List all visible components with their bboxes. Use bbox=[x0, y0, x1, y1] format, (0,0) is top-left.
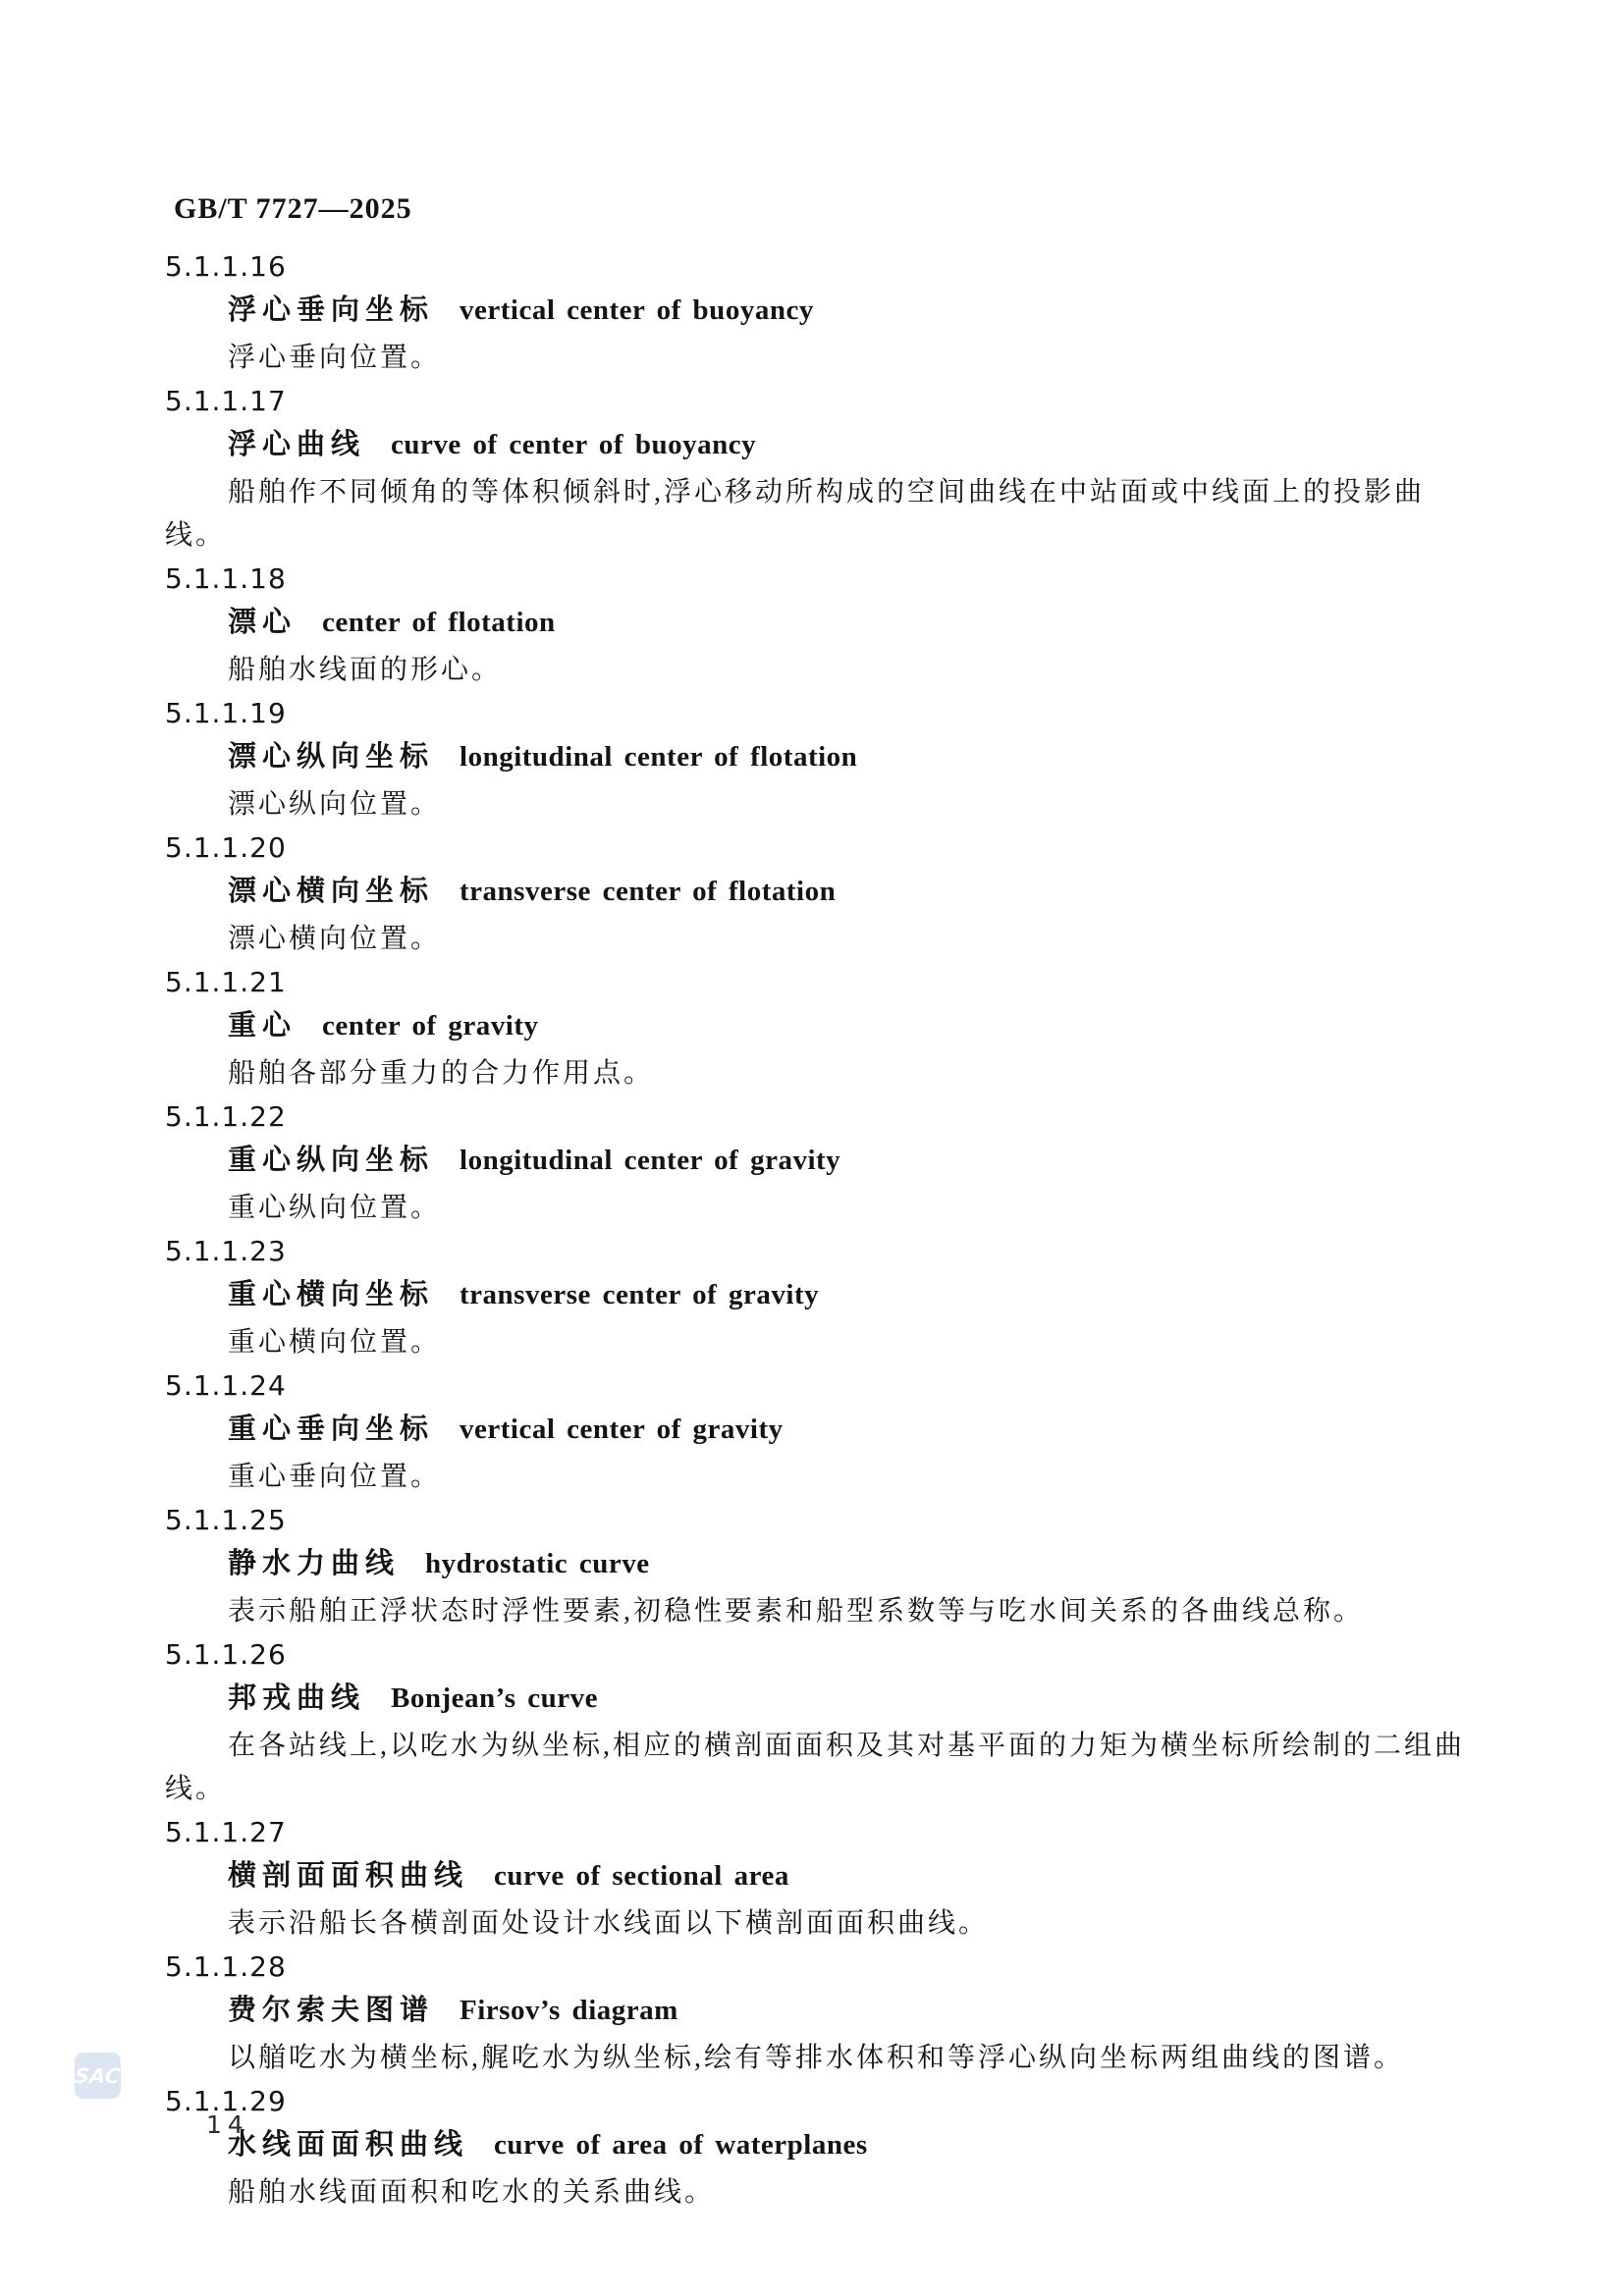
entry-term-chinese: 重心垂向坐标 bbox=[228, 1414, 434, 1445]
entry-definition: 表示船舶正浮状态时浮性要素,初稳性要素和船型系数等与吃水间关系的各曲线总称。 bbox=[165, 1590, 1473, 1633]
entry-definition: 漂心纵向位置。 bbox=[165, 783, 1473, 827]
page-number: 14 bbox=[206, 2110, 249, 2139]
entry-term-english: center of gravity bbox=[322, 1010, 539, 1041]
entry-number: 5.1.1.29 bbox=[165, 2080, 1473, 2123]
entry-number: 5.1.1.17 bbox=[165, 380, 1473, 423]
entry-term-line: 漂心横向坐标transverse center of flotation bbox=[228, 870, 1473, 918]
terminology-entry: 5.1.1.24 重心垂向坐标vertical center of gravit… bbox=[165, 1364, 1473, 1499]
entry-term-line: 浮心曲线curve of center of buoyancy bbox=[228, 423, 1473, 471]
terminology-entry: 5.1.1.26 邦戎曲线Bonjean’s curve 在各站线上,以吃水为纵… bbox=[165, 1633, 1473, 1811]
entry-definition: 船舶水线面的形心。 bbox=[165, 649, 1473, 692]
entry-term-chinese: 漂心 bbox=[228, 607, 297, 638]
entry-definition: 漂心横向位置。 bbox=[165, 918, 1473, 961]
entry-term-chinese: 水线面面积曲线 bbox=[228, 2129, 468, 2161]
terminology-entry: 5.1.1.29 水线面面积曲线curve of area of waterpl… bbox=[165, 2080, 1473, 2215]
entry-number: 5.1.1.19 bbox=[165, 692, 1473, 735]
entry-term-chinese: 浮心垂向坐标 bbox=[228, 294, 434, 326]
entry-term-line: 邦戎曲线Bonjean’s curve bbox=[228, 1677, 1473, 1725]
entry-term-english: curve of center of buoyancy bbox=[391, 429, 756, 460]
entry-definition: 重心横向位置。 bbox=[165, 1321, 1473, 1364]
entry-term-line: 重心垂向坐标vertical center of gravity bbox=[228, 1408, 1473, 1456]
entry-definition: 重心纵向位置。 bbox=[165, 1187, 1473, 1230]
standard-code-header: GB/T 7727—2025 bbox=[174, 192, 412, 226]
entry-term-chinese: 浮心曲线 bbox=[228, 429, 365, 460]
entry-term-chinese: 重心 bbox=[228, 1010, 297, 1041]
entry-term-english: vertical center of gravity bbox=[460, 1414, 784, 1445]
entry-term-chinese: 费尔索夫图谱 bbox=[228, 1995, 434, 2026]
terminology-entry: 5.1.1.17 浮心曲线curve of center of buoyancy… bbox=[165, 380, 1473, 558]
entry-term-chinese: 横剖面面积曲线 bbox=[228, 1860, 468, 1892]
entry-definition: 船舶作不同倾角的等体积倾斜时,浮心移动所构成的空间曲线在中站面或中线面上的投影曲… bbox=[165, 471, 1473, 558]
terminology-entry: 5.1.1.18 漂心center of flotation 船舶水线面的形心。 bbox=[165, 558, 1473, 692]
entry-definition: 表示沿船长各横剖面处设计水线面以下横剖面面积曲线。 bbox=[165, 1902, 1473, 1946]
entry-term-english: center of flotation bbox=[322, 607, 556, 638]
entry-term-chinese: 漂心横向坐标 bbox=[228, 876, 434, 907]
entry-definition: 在各站线上,以吃水为纵坐标,相应的横剖面面积及其对基平面的力矩为横坐标所绘制的二… bbox=[165, 1725, 1473, 1811]
entry-number: 5.1.1.26 bbox=[165, 1633, 1473, 1677]
entry-term-line: 重心center of gravity bbox=[228, 1004, 1473, 1052]
entry-number: 5.1.1.27 bbox=[165, 1811, 1473, 1854]
entry-term-line: 水线面面积曲线curve of area of waterplanes bbox=[228, 2123, 1473, 2171]
entry-term-line: 漂心center of flotation bbox=[228, 601, 1473, 649]
entry-number: 5.1.1.21 bbox=[165, 961, 1473, 1004]
entry-number: 5.1.1.24 bbox=[165, 1364, 1473, 1408]
entry-number: 5.1.1.16 bbox=[165, 245, 1473, 289]
entry-term-english: curve of area of waterplanes bbox=[494, 2129, 868, 2161]
entry-number: 5.1.1.20 bbox=[165, 827, 1473, 870]
entry-term-chinese: 重心横向坐标 bbox=[228, 1279, 434, 1310]
entry-term-line: 静水力曲线hydrostatic curve bbox=[228, 1542, 1473, 1590]
sac-watermark-badge: SAC bbox=[75, 2053, 121, 2099]
terminology-entry: 5.1.1.22 重心纵向坐标longitudinal center of gr… bbox=[165, 1095, 1473, 1230]
entry-term-chinese: 漂心纵向坐标 bbox=[228, 741, 434, 773]
entry-definition: 以艏吃水为横坐标,艉吃水为纵坐标,绘有等排水体积和等浮心纵向坐标两组曲线的图谱。 bbox=[165, 2037, 1473, 2080]
entry-term-chinese: 静水力曲线 bbox=[228, 1548, 400, 1579]
entry-term-english: curve of sectional area bbox=[494, 1860, 789, 1892]
entry-number: 5.1.1.22 bbox=[165, 1095, 1473, 1139]
standard-document-page: GB/T 7727—2025 5.1.1.16 浮心垂向坐标vertical c… bbox=[0, 0, 1624, 2296]
entry-number: 5.1.1.25 bbox=[165, 1499, 1473, 1542]
entry-number: 5.1.1.18 bbox=[165, 558, 1473, 601]
terminology-entry: 5.1.1.16 浮心垂向坐标vertical center of buoyan… bbox=[165, 245, 1473, 380]
terminology-entry: 5.1.1.28 费尔索夫图谱Firsov’s diagram 以艏吃水为横坐标… bbox=[165, 1946, 1473, 2080]
terminology-entry: 5.1.1.19 漂心纵向坐标longitudinal center of fl… bbox=[165, 692, 1473, 827]
entry-definition: 船舶各部分重力的合力作用点。 bbox=[165, 1052, 1473, 1095]
entry-term-english: Firsov’s diagram bbox=[460, 1995, 678, 2026]
entry-term-english: transverse center of gravity bbox=[460, 1279, 819, 1310]
entry-term-english: transverse center of flotation bbox=[460, 876, 836, 907]
terminology-entry: 5.1.1.20 漂心横向坐标transverse center of flot… bbox=[165, 827, 1473, 961]
entry-term-english: longitudinal center of flotation bbox=[460, 741, 857, 773]
entry-term-line: 漂心纵向坐标longitudinal center of flotation bbox=[228, 735, 1473, 783]
terminology-entry: 5.1.1.23 重心横向坐标transverse center of grav… bbox=[165, 1230, 1473, 1364]
entry-number: 5.1.1.23 bbox=[165, 1230, 1473, 1273]
terminology-entry: 5.1.1.27 横剖面面积曲线curve of sectional area … bbox=[165, 1811, 1473, 1946]
entry-term-line: 横剖面面积曲线curve of sectional area bbox=[228, 1854, 1473, 1902]
terminology-entry: 5.1.1.21 重心center of gravity 船舶各部分重力的合力作… bbox=[165, 961, 1473, 1095]
terminology-entry: 5.1.1.25 静水力曲线hydrostatic curve 表示船舶正浮状态… bbox=[165, 1499, 1473, 1633]
entry-term-line: 浮心垂向坐标vertical center of buoyancy bbox=[228, 289, 1473, 337]
entry-definition: 浮心垂向位置。 bbox=[165, 337, 1473, 380]
terminology-list: 5.1.1.16 浮心垂向坐标vertical center of buoyan… bbox=[165, 245, 1473, 2215]
sac-watermark-label: SAC bbox=[74, 2064, 122, 2088]
entry-term-line: 重心纵向坐标longitudinal center of gravity bbox=[228, 1139, 1473, 1187]
entry-term-english: longitudinal center of gravity bbox=[460, 1145, 840, 1176]
entry-term-line: 费尔索夫图谱Firsov’s diagram bbox=[228, 1989, 1473, 2037]
entry-term-chinese: 邦戎曲线 bbox=[228, 1682, 365, 1714]
entry-term-chinese: 重心纵向坐标 bbox=[228, 1145, 434, 1176]
entry-number: 5.1.1.28 bbox=[165, 1946, 1473, 1989]
entry-definition: 船舶水线面面积和吃水的关系曲线。 bbox=[165, 2171, 1473, 2215]
entry-term-english: hydrostatic curve bbox=[425, 1548, 650, 1579]
entry-term-line: 重心横向坐标transverse center of gravity bbox=[228, 1273, 1473, 1321]
entry-term-english: Bonjean’s curve bbox=[391, 1682, 598, 1714]
entry-term-english: vertical center of buoyancy bbox=[460, 294, 814, 326]
entry-definition: 重心垂向位置。 bbox=[165, 1456, 1473, 1499]
